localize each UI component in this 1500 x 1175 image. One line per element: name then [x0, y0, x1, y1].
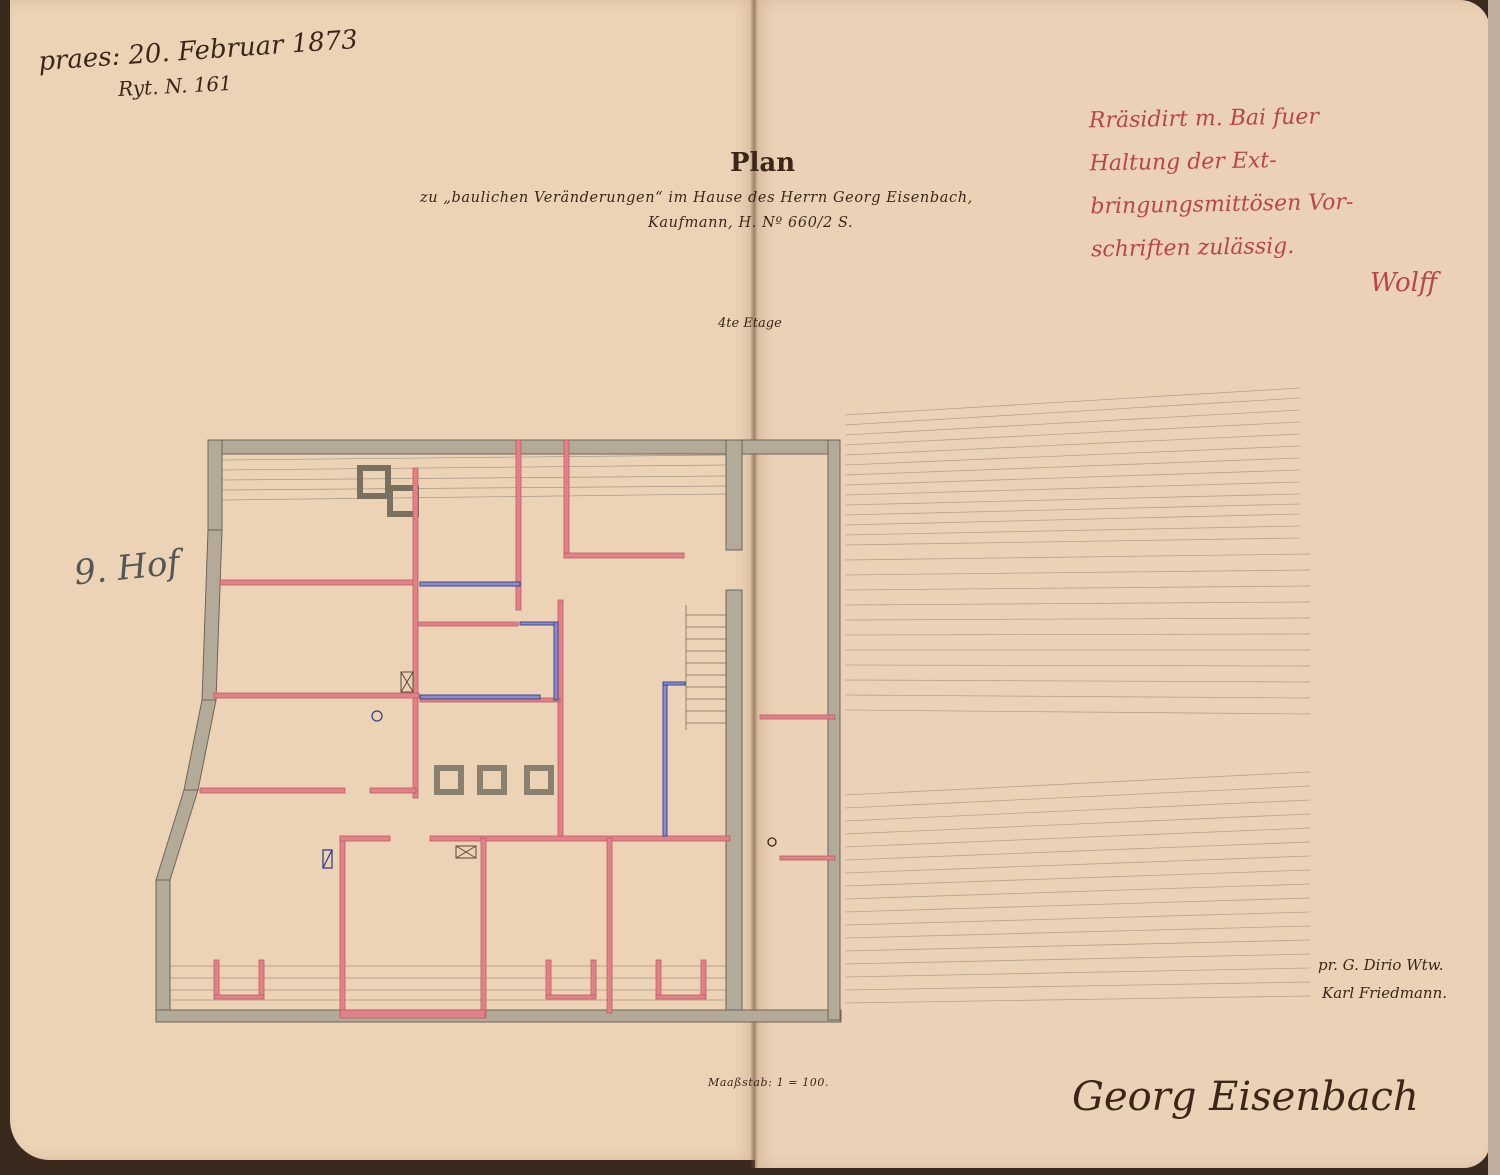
builder-signature-line2: Karl Friedmann. [1322, 984, 1447, 1002]
scale-label: Maaßstab: 1 = 100. [708, 1076, 829, 1089]
approval-note-line: bringungsmittösen Vor- [1090, 179, 1481, 229]
plan-subtitle-line1: zu „baulichen Veränderungen“ im Hause de… [420, 190, 1040, 206]
page-stack-edge [1488, 0, 1500, 1175]
floor-label: 4te Etage [718, 316, 782, 331]
approval-signature: Wolff [1370, 268, 1437, 298]
builder-signature-line1: pr. G. Dirio Wtw. [1318, 956, 1444, 974]
approval-note-line: Haltung der Ext- [1089, 136, 1480, 186]
approval-note-line: schriften zulässig. [1091, 222, 1482, 272]
open-book-spread: praes: 20. Februar 1873 Ryt. N. 161 Plan… [0, 0, 1500, 1175]
owner-signature: Georg Eisenbach [1072, 1074, 1419, 1120]
plan-title: Plan [730, 148, 795, 178]
approval-note-line: Rräsidirt m. Bai fuer [1089, 93, 1480, 143]
plan-subtitle-line2: Kaufmann, H. Nº 660/2 S. [648, 215, 853, 231]
approval-note: Rräsidirt m. Bai fuer Haltung der Ext- b… [1089, 93, 1482, 272]
